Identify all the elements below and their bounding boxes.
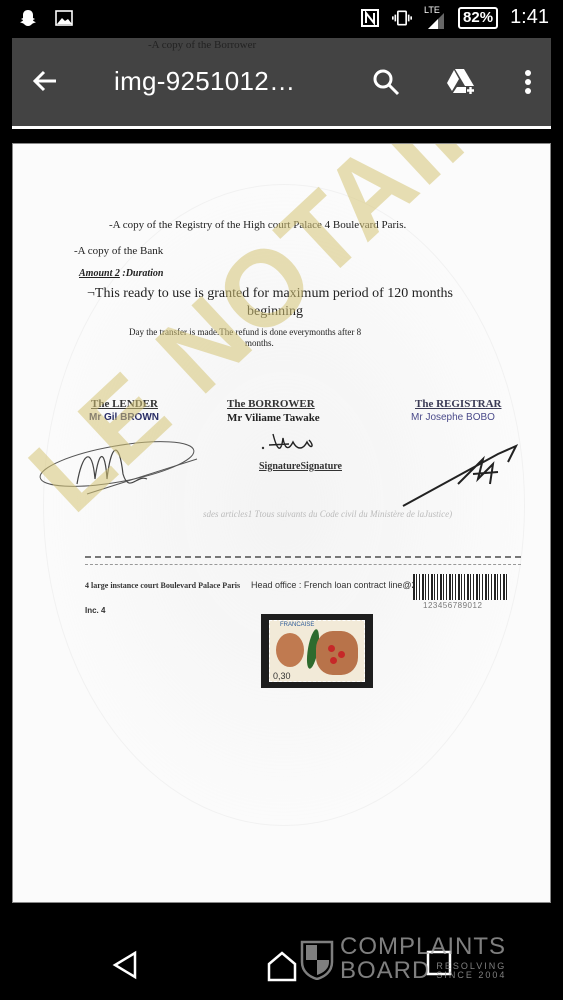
- add-to-drive-icon[interactable]: [444, 66, 476, 98]
- court-address: 4 large instance court Boulevard Palace …: [85, 581, 240, 590]
- amount-label: Amount 2: [79, 268, 120, 279]
- gallery-icon: [54, 8, 74, 28]
- registrar-name: Mr Josephe BOBO: [411, 412, 495, 423]
- clock: 1:41: [510, 6, 549, 29]
- ghost-document-text: -A copy of the Borrower: [148, 39, 256, 51]
- status-bar: LTE 82% 1:41: [0, 0, 563, 36]
- registrar-role: The REGISTRAR: [415, 398, 502, 410]
- amount-heading: Amount 2 :Duration: [79, 268, 163, 279]
- borrower-role: The BORROWER: [227, 398, 315, 410]
- stamp-value: 0,30: [273, 671, 291, 681]
- snapchat-icon: [18, 8, 38, 28]
- file-title: img-9251012…: [114, 66, 295, 97]
- signature-label: SignatureSignature: [259, 461, 342, 472]
- bank-line: -A copy of the Bank: [74, 245, 163, 257]
- app-bar-divider: [12, 126, 551, 129]
- logo-line-1: COMPLAINTS: [340, 935, 506, 959]
- barcode: [413, 574, 509, 600]
- nav-back-icon[interactable]: [110, 950, 140, 980]
- registrar-signature: [398, 434, 528, 509]
- stamp-portrait: [276, 633, 304, 667]
- shield-icon: [300, 938, 334, 980]
- document-image: -A copy of the Registry of the High cour…: [13, 144, 550, 902]
- inc-label: Inc. 4: [85, 606, 105, 615]
- borrower-name: Mr Viliame Tawake: [227, 412, 320, 424]
- amount-suffix: :Duration: [120, 268, 164, 279]
- logo-line-2: BOARD: [340, 959, 430, 983]
- lte-signal-icon: LTE: [424, 7, 446, 29]
- stamp-country: FRANCAISE: [280, 622, 314, 628]
- back-arrow-icon[interactable]: [30, 66, 60, 96]
- more-options-icon[interactable]: [512, 66, 544, 98]
- nav-home-icon[interactable]: [266, 950, 298, 982]
- image-viewer[interactable]: -A copy of the Registry of the High cour…: [12, 143, 551, 903]
- logo-tagline-2: SINCE 2004: [436, 971, 506, 980]
- civil-code-reference: sdes articles1 Ttous suivants du Code ci…: [203, 509, 452, 519]
- vibrate-icon: [392, 8, 412, 28]
- search-icon[interactable]: [370, 66, 402, 98]
- barcode-number: 123456789012: [423, 601, 482, 610]
- postage-stamp: FRANCAISE 0,30: [261, 614, 373, 688]
- app-bar: -A copy of the Borrower img-9251012…: [12, 38, 551, 126]
- dashed-separator: [85, 556, 521, 565]
- stamp-fruit: [316, 631, 358, 675]
- borrower-signature: [259, 430, 319, 458]
- nfc-icon: [360, 8, 380, 28]
- complaints-board-watermark: COMPLAINTS BOARD RESOLVING SINCE 2004: [300, 935, 506, 983]
- battery-indicator: 82%: [458, 7, 498, 29]
